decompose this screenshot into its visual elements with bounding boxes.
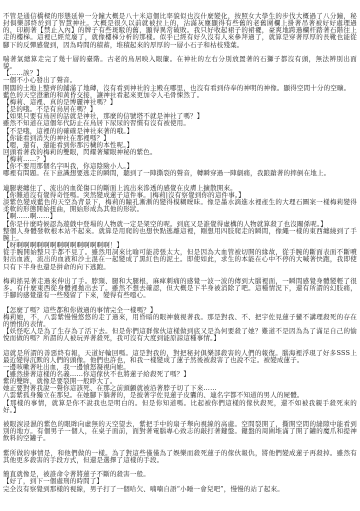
paragraph-block: 連腿裹纏住了、流出的血從傷口的斷面上流出來滲透的感覺在皮膚上擴散開來。【你難道沒… bbox=[3, 185, 357, 271]
text-line: 不管是通信橋樑的形態延伸一分鐘大概是八十米這個比率貌似也沒什麼變化，按照女大學生… bbox=[3, 13, 357, 49]
paragraph-block: 梅莉搖晃著走過來伸出了手。脖頸、腿和大腿根，麻痺刺痛的感覺一波一波的傳到大腦裡面… bbox=[3, 278, 357, 299]
novel-text-page: 不管是通信橋樑的形態延伸一分鐘大概是八十米這個比率貌似也沒什麼變化，按照女大學生… bbox=[0, 0, 360, 511]
text-line: 淡紫色變成藍色的天空為背景下，梅莉的瞳孔漸漸的變得模糊曖昧。像是墨水滴進水裡產生… bbox=[3, 199, 357, 213]
text-line: 整個人身體發軟根本站不起來。就算是用爬的也想快點逃離這裡，剛想用四肢爬走的瞬間，… bbox=[3, 228, 357, 242]
text-line: 喘著氣總算走完了幾十層的臺階。古老的鳥居映入眼簾。在神社的左右分別放置著的石獅子… bbox=[3, 56, 357, 70]
text-line: 哪裡有問題。在下意識想要逃走的瞬間，聽到了一陣撕裂的聲音，轉瞬穿過一陣劇痛，我踉… bbox=[3, 170, 357, 177]
text-line: 回頭看著我的梅莉的雙眼，閃耀著耀眼神秘的紫色。 bbox=[3, 149, 357, 156]
text-line: 梅莉她，不，八雲紫慢慢悠悠的走了過來，用昏暗的眼神藐視著我。那是對我、不、把宇佐… bbox=[3, 314, 357, 328]
paragraph-block: 【怎麼了嗎？這些都和你做過的事情完全一樣嗎？】梅莉她，不，八雲紫慢慢悠悠的走了過… bbox=[3, 307, 357, 343]
paragraph-block: 喘著氣總算走完了幾十層的臺階。古老的鳥居映入眼簾。在神社的左右分別放置著的石獅子… bbox=[3, 56, 357, 178]
text-line: 梅莉搖晃著走過來伸出了手。脖頸、腿和大腿根，麻痺刺痛的感覺一波一波的傳到大腦裡面… bbox=[3, 278, 357, 299]
text-line: 紫所做的事情是，和他們做的一樣。為了對這些僅僅為了娛樂而殺死蓮子的傢伙報仇，將他… bbox=[3, 450, 357, 464]
text-line: 被眼淚浸濕的紫色的眼眸向虛無的天空望去，紫把手中的扇子舉向視線的高處。空間裂開了… bbox=[3, 421, 357, 442]
paragraph-block: 被眼淚浸濕的紫色的眼眸向虛無的天空望去，紫把手中的扇子舉向視線的高處。空間裂開了… bbox=[3, 421, 357, 442]
paragraph-block: 紫所做的事情是，和他們做的一樣。為了對這些僅僅為了娛樂而殺死蓮子的傢伙報仇，將他… bbox=[3, 450, 357, 464]
text-line: 從手腕開始整只手都不見了。雖然用詞來比喻可能誇張太大，但是因為大血管被切開的緣故… bbox=[3, 249, 357, 270]
paragraph-block: 不管是通信橋樑的形態延伸一分鐘大概是八十米這個比率貌似也沒什麼變化，按照女大學生… bbox=[3, 13, 357, 49]
text-line: 【那樣的事情，就算是你不說我也是明白的。但是你知道嗎。比起被你們這樣的傢伙殺死，… bbox=[3, 400, 357, 414]
text-line: 這就是所謂的善惡終有報，天道好輪回嗎。這是對我的，對把秘封俱樂部殺害的人們的報復… bbox=[3, 350, 357, 364]
paragraph-block: 簡直就像是，被誰命令著將蓮子不斷的殺害一般。【好了，到下一個處刑的時間了】完全沒… bbox=[3, 471, 357, 492]
novel-text: 不管是通信橋樑的形態延伸一分鐘大概是八十米這個比率貌似也沒什麼變化，按照女大學生… bbox=[3, 13, 357, 493]
text-line: 完全沒有察覺到那樣的視線，男子打了一個哈欠、喃喃自語“小睡一會兒吧”，慢慢的站了… bbox=[3, 486, 357, 493]
text-line: 【妖怪吃人是為了生存為了活下去。但是你們這群傢伙這樣做到底又是為何要殺了她？難道… bbox=[3, 328, 357, 342]
paragraph-block: 這就是所謂的善惡終有報，天道好輪回嗎。這是對我的，對把秘封俱樂部殺害的人們的報復… bbox=[3, 350, 357, 414]
